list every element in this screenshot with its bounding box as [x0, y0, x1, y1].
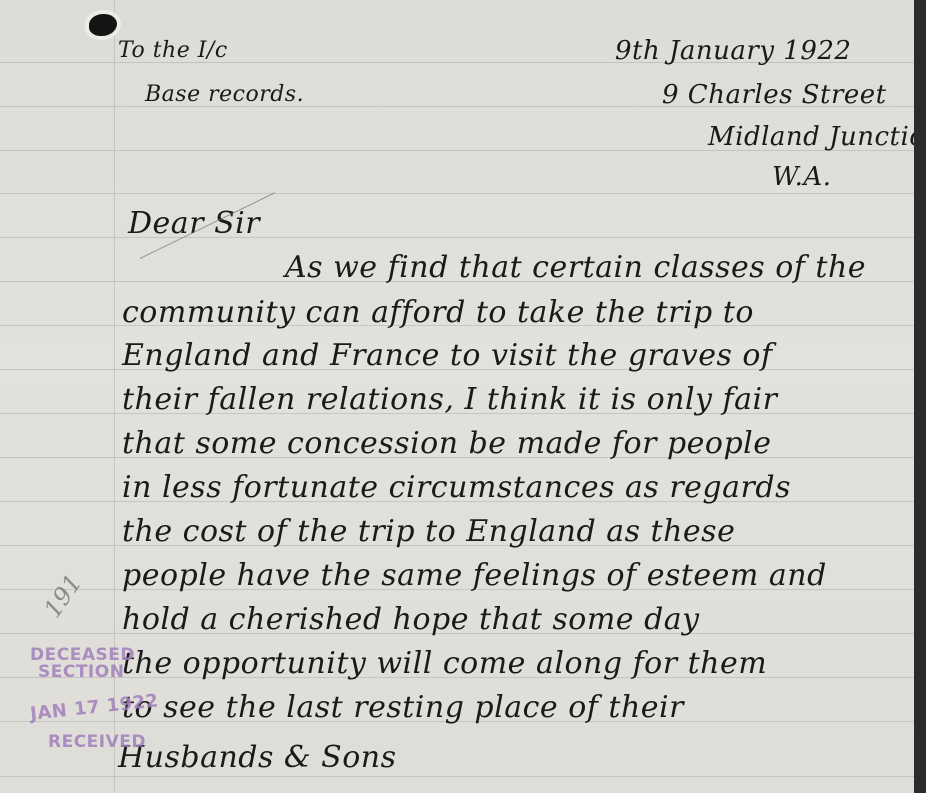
body-line: Husbands & Sons	[118, 740, 397, 775]
letter-date: 9th January 1922	[615, 36, 851, 66]
body-line: As we find that certain classes of the	[285, 250, 866, 285]
punch-hole	[89, 14, 117, 36]
body-line: hold a cherished hope that some day	[122, 602, 700, 637]
letter-page: To the I/c Base records. 9th January 192…	[0, 0, 914, 793]
body-line: people have the same feelings of esteem …	[122, 558, 827, 593]
body-line: England and France to visit the graves o…	[122, 338, 773, 373]
pencil-note: 191	[38, 569, 87, 623]
body-line: that some concession be made for people	[122, 426, 772, 461]
ruled-line	[0, 193, 914, 194]
stamp-line-2: SECTION	[38, 662, 124, 682]
body-line: the opportunity will come along for them	[122, 646, 767, 681]
salutation: Dear Sir	[128, 206, 260, 241]
address-line-1: 9 Charles Street	[662, 80, 887, 110]
body-line: community can afford to take the trip to	[122, 295, 754, 330]
body-line: their fallen relations, I think it is on…	[122, 382, 777, 417]
address-line-2: Midland Junction	[708, 122, 926, 152]
recipient-line-1: To the I/c	[118, 38, 228, 63]
scan-edge	[914, 0, 926, 793]
body-line: in less fortunate circumstances as regar…	[122, 470, 791, 505]
stamp-line-4: RECEIVED	[48, 732, 146, 752]
ruled-line	[0, 776, 914, 777]
recipient-line-2: Base records.	[145, 82, 304, 107]
body-line: the cost of the trip to England as these	[122, 514, 735, 549]
address-line-3: W.A.	[772, 162, 831, 192]
body-line: to see the last resting place of their	[122, 690, 684, 725]
